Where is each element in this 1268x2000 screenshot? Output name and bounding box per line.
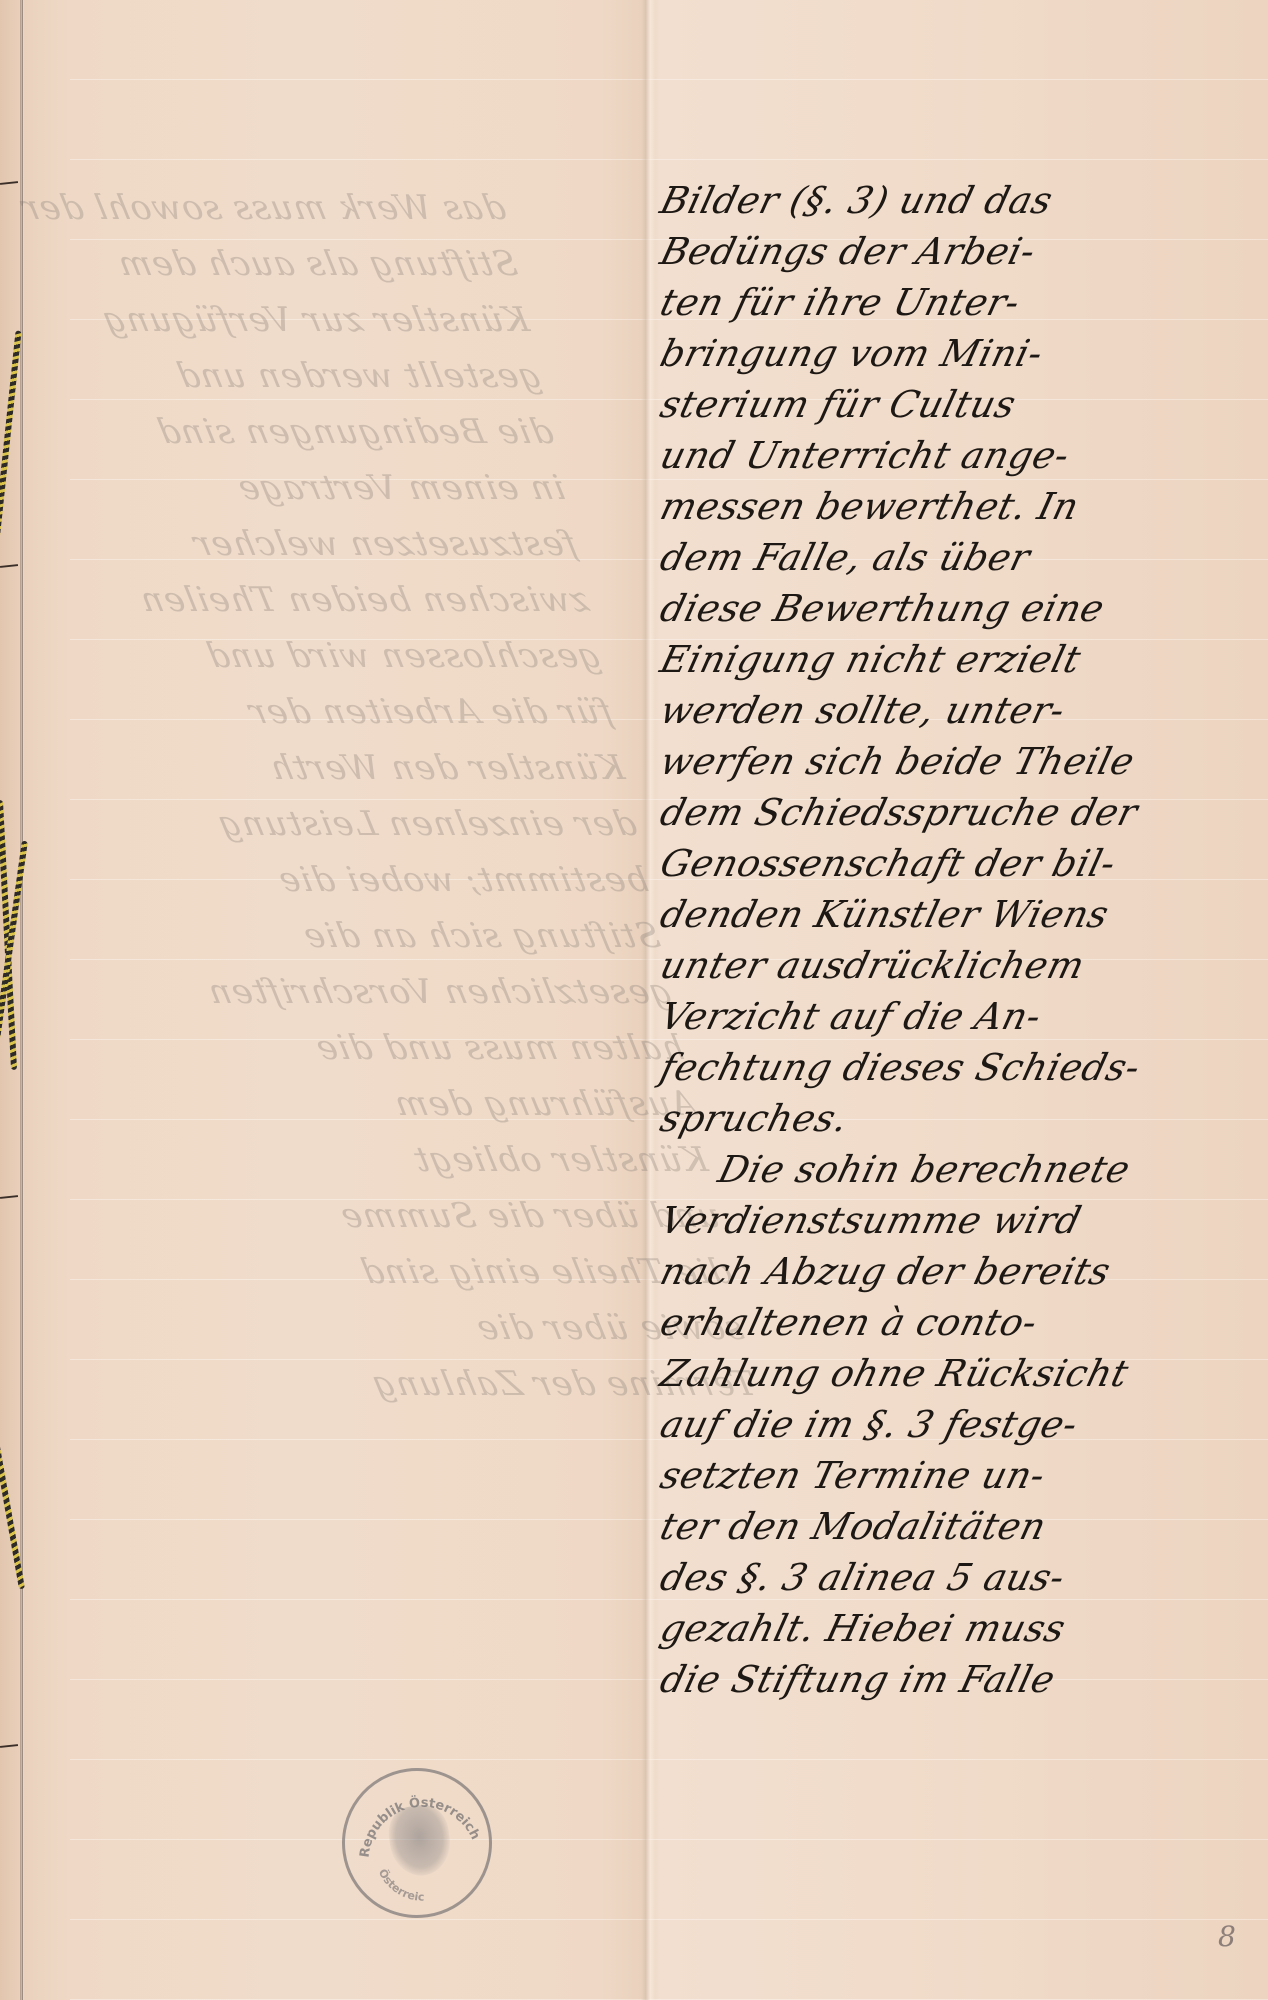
manuscript-line: Verzicht auf die An- — [655, 991, 1253, 1042]
bleed-line: für die Arbeiten der — [66, 684, 618, 740]
bleed-line: bestimmt; wobei die — [102, 852, 654, 908]
bleed-line: gestellt werden und — [0, 348, 547, 404]
bleed-line: festzusetzen welcher — [30, 516, 582, 572]
bleed-line: Künstler zur Verfügung — [0, 292, 535, 348]
bleed-line: Künstler obliegt — [161, 1132, 713, 1188]
manuscript-line: Einigung nicht erzielt — [655, 634, 1253, 685]
manuscript-line: werfen sich beide Theile — [655, 736, 1253, 787]
manuscript-line: Zahlung ohne Rücksicht — [655, 1348, 1253, 1399]
bleed-line: Künstler den Werth — [78, 740, 630, 796]
bleed-line: der einzelnen Leistung — [90, 796, 642, 852]
bleed-line: geschlossen wird und — [54, 628, 606, 684]
manuscript-line: fechtung dieses Schieds- — [655, 1042, 1253, 1093]
bleed-line: zwischen beiden Theilen — [42, 572, 594, 628]
handwritten-text-block: Bilder (§. 3) und das Bedüngs der Arbei-… — [655, 175, 1240, 1705]
manuscript-line: bringung vom Mini- — [655, 328, 1253, 379]
bleed-line: halten muss und die — [138, 1020, 690, 1076]
manuscript-line: nach Abzug der bereits — [655, 1246, 1253, 1297]
manuscript-line: ter den Modalitäten — [655, 1501, 1253, 1552]
manuscript-line: messen bewerthet. In — [655, 481, 1253, 532]
bleed-line: das Werk muss sowohl der — [0, 180, 511, 236]
manuscript-line: denden Künstler Wiens — [655, 889, 1253, 940]
manuscript-line: diese Bewerthung eine — [655, 583, 1253, 634]
manuscript-line: ten für ihre Unter- — [655, 277, 1253, 328]
manuscript-line: die Stiftung im Falle — [655, 1654, 1253, 1705]
page-number: 8 — [1218, 1920, 1236, 1953]
bleed-line: und über die Summe — [173, 1188, 725, 1244]
manuscript-line: des §. 3 alinea 5 aus- — [655, 1552, 1253, 1603]
manuscript-line: erhaltenen à conto- — [655, 1297, 1253, 1348]
manuscript-line: auf die im §. 3 festge- — [655, 1399, 1253, 1450]
manuscript-line: setzten Termine un- — [655, 1450, 1253, 1501]
manuscript-line: Bilder (§. 3) und das — [655, 175, 1253, 226]
bleed-line: Ausführung dem — [150, 1076, 702, 1132]
bleed-line: Stiftung sich an die — [114, 908, 666, 964]
manuscript-line: Bedüngs der Arbei- — [655, 226, 1253, 277]
manuscript-line-paragraph-start: Die sohin berechnete — [655, 1144, 1253, 1195]
manuscript-line: sterium für Cultus — [655, 379, 1253, 430]
manuscript-line: spruches. — [655, 1093, 1253, 1144]
bleed-line: gesetzlichen Vorschriften — [126, 964, 678, 1020]
manuscript-line: und Unterricht ange- — [655, 430, 1253, 481]
manuscript-line: Genossenschaft der bil- — [655, 838, 1253, 889]
manuscript-line: Verdienstsumme wird — [655, 1195, 1253, 1246]
manuscript-line: werden sollte, unter- — [655, 685, 1253, 736]
bleed-line: Stiftung als auch dem — [0, 236, 523, 292]
manuscript-line: gezahlt. Hiebei muss — [655, 1603, 1253, 1654]
manuscript-line: unter ausdrücklichem — [655, 940, 1253, 991]
manuscript-line: dem Falle, als über — [655, 532, 1253, 583]
manuscript-line: dem Schiedsspruche der — [655, 787, 1253, 838]
archive-stamp: Republik Österreich Österreich — [332, 1758, 501, 1927]
bleed-line: in einem Vertrage — [19, 460, 571, 516]
bleed-line: die Bedingungen sind — [7, 404, 559, 460]
